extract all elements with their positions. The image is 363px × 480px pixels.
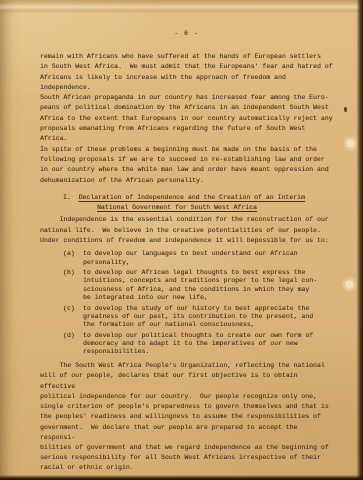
objective-marker: (a)	[63, 250, 77, 266]
ink-speck	[344, 107, 347, 112]
closing-paragraph: The South West Africa People's Organizat…	[40, 361, 333, 473]
objective-item-c: (c) to develop the study of our history …	[63, 305, 333, 330]
punch-hole-bottom	[344, 279, 355, 290]
objective-text: to develop our African legal thoughts to…	[83, 269, 317, 302]
section-heading: I. Declaration of Independence and the C…	[40, 193, 333, 214]
objective-text: to develop our political thoughts to cre…	[83, 332, 313, 357]
objective-marker: (c)	[63, 305, 77, 330]
heading-title-line1: Declaration of Independence and the Crea…	[79, 194, 305, 201]
objective-text: to develop our languages to best underst…	[83, 250, 298, 266]
section-heading-line1: I. Declaration of Independence and the C…	[63, 193, 333, 203]
scanned-document-page: - 6 - remain with Africans who have suff…	[0, 0, 363, 480]
objective-item-b: (b) to develop our African legal thought…	[63, 269, 333, 302]
page-number: - 6 -	[40, 29, 333, 39]
heading-numeral: I.	[63, 194, 71, 201]
objective-marker: (b)	[63, 269, 77, 302]
objective-item-d: (d) to develop our political thoughts to…	[63, 332, 333, 357]
page-content: - 6 - remain with Africans who have suff…	[40, 0, 333, 474]
objective-item-a: (a) to develop our languages to best und…	[63, 250, 333, 266]
objectives-list: (a) to develop our languages to best und…	[40, 250, 333, 356]
opening-paragraph: remain with Africans who have suffered a…	[40, 52, 333, 186]
objective-marker: (d)	[63, 332, 77, 357]
bottom-edge-shadow	[0, 475, 363, 480]
section-heading-line2: National Government for South West Afric…	[97, 203, 333, 213]
intro-paragraph: Independence is the essential condition …	[40, 215, 333, 246]
punch-hole-top	[345, 138, 356, 149]
heading-title-line2: National Government for South West Afric…	[97, 204, 257, 211]
objective-text: to develop the study of our history to b…	[83, 305, 313, 330]
right-edge-shadow	[357, 0, 363, 480]
